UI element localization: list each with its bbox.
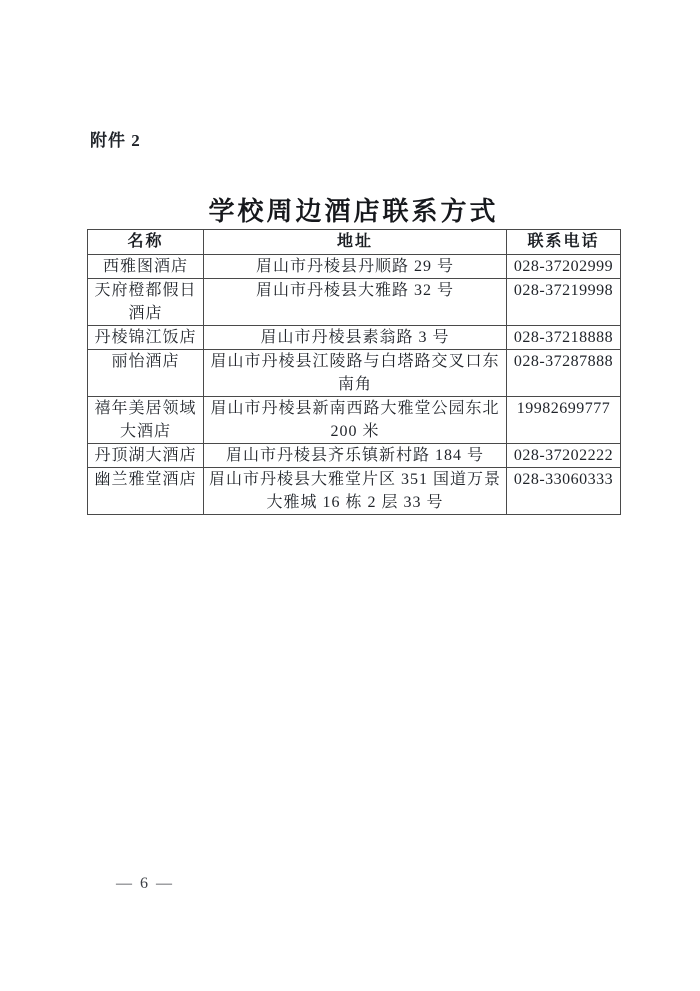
hotel-phone-cell: 19982699777 xyxy=(507,397,621,444)
hotel-name-cell: 西雅图酒店 xyxy=(88,255,204,279)
hotel-phone-cell: 028-33060333 xyxy=(507,468,621,515)
hotel-address-cell: 眉山市丹棱县大雅路 32 号 xyxy=(204,279,507,326)
header-address: 地址 xyxy=(204,230,507,255)
hotel-address-cell: 眉山市丹棱县素翁路 3 号 xyxy=(204,326,507,350)
page-number: — 6 — xyxy=(116,875,174,893)
hotels-table: 名称 地址 联系电话 西雅图酒店 眉山市丹棱县丹顺路 29 号 028-3720… xyxy=(87,229,621,515)
page-title: 学校周边酒店联系方式 xyxy=(87,191,620,228)
header-name: 名称 xyxy=(88,230,204,255)
hotel-phone-cell: 028-37218888 xyxy=(507,326,621,350)
hotel-phone-cell: 028-37287888 xyxy=(507,350,621,397)
table-row: 丹顶湖大酒店 眉山市丹棱县齐乐镇新村路 184 号 028-37202222 xyxy=(88,444,621,468)
hotel-name-cell: 丽怡酒店 xyxy=(88,350,204,397)
table-row: 禧年美居领域大酒店 眉山市丹棱县新南西路大雅堂公园东北 200 米 199826… xyxy=(88,397,621,444)
hotel-name-cell: 禧年美居领域大酒店 xyxy=(88,397,204,444)
hotel-address-cell: 眉山市丹棱县江陵路与白塔路交叉口东南角 xyxy=(204,350,507,397)
document-page: 附件 2 学校周边酒店联系方式 名称 地址 联系电话 西雅图酒店 眉山市丹棱县丹… xyxy=(0,0,700,991)
table-row: 天府橙都假日酒店 眉山市丹棱县大雅路 32 号 028-37219998 xyxy=(88,279,621,326)
table-header-row: 名称 地址 联系电话 xyxy=(88,230,621,255)
table-row: 西雅图酒店 眉山市丹棱县丹顺路 29 号 028-37202999 xyxy=(88,255,621,279)
hotel-phone-cell: 028-37202999 xyxy=(507,255,621,279)
hotel-address-cell: 眉山市丹棱县新南西路大雅堂公园东北 200 米 xyxy=(204,397,507,444)
hotel-name-cell: 丹顶湖大酒店 xyxy=(88,444,204,468)
hotel-address-cell: 眉山市丹棱县丹顺路 29 号 xyxy=(204,255,507,279)
header-phone: 联系电话 xyxy=(507,230,621,255)
table-row: 幽兰雅堂酒店 眉山市丹棱县大雅堂片区 351 国道万景大雅城 16 栋 2 层 … xyxy=(88,468,621,515)
table-row: 丹棱锦江饭店 眉山市丹棱县素翁路 3 号 028-37218888 xyxy=(88,326,621,350)
hotel-name-cell: 幽兰雅堂酒店 xyxy=(88,468,204,515)
hotel-name-cell: 丹棱锦江饭店 xyxy=(88,326,204,350)
table-row: 丽怡酒店 眉山市丹棱县江陵路与白塔路交叉口东南角 028-37287888 xyxy=(88,350,621,397)
hotel-address-cell: 眉山市丹棱县齐乐镇新村路 184 号 xyxy=(204,444,507,468)
hotel-phone-cell: 028-37202222 xyxy=(507,444,621,468)
hotel-name-cell: 天府橙都假日酒店 xyxy=(88,279,204,326)
attachment-label: 附件 2 xyxy=(90,126,141,151)
hotel-phone-cell: 028-37219998 xyxy=(507,279,621,326)
hotel-address-cell: 眉山市丹棱县大雅堂片区 351 国道万景大雅城 16 栋 2 层 33 号 xyxy=(204,468,507,515)
